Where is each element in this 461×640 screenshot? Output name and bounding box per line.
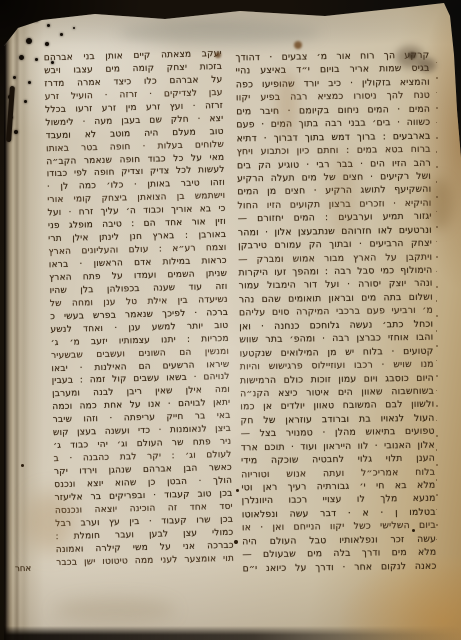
stain [276,70,298,140]
worm-hole [26,38,32,44]
pricking-dot [436,524,438,526]
stain [215,52,221,58]
pricking-dot [436,315,438,317]
pricking-dot [436,286,438,288]
pricking-dot [436,405,438,407]
stain [26,492,74,552]
pricking-dot [436,151,437,152]
worm-hole [51,61,54,64]
worm-hole [13,76,16,79]
pricking-dot [436,300,437,301]
stain [294,41,302,49]
manuscript-page: קרקע הך רוח אור מ׳ צבעים · דהודךבגיס שמו… [0,0,461,640]
pricking-dot [436,464,438,466]
stain [428,178,452,230]
pricking-dot [436,375,438,377]
pricking-dot [436,539,437,540]
pricking-dot [436,122,437,123]
pricking-dot [436,92,437,93]
worm-hole [60,33,63,36]
worm-hole [19,55,24,60]
edge-crack [6,86,15,142]
pricking-dot [436,330,437,331]
margin-dot [236,489,239,492]
worm-hole [35,58,38,61]
worm-hole [28,81,31,84]
margin-dot [234,540,238,544]
stain [408,52,416,59]
worm-hole [14,130,18,134]
worm-hole [73,27,75,29]
margin-dot [412,529,415,532]
pricking-dot [436,420,437,421]
stain [55,598,175,622]
stain [200,330,260,450]
stain [418,58,436,72]
worm-hole [11,24,16,29]
pricking-dot [436,345,438,347]
text-column-right: קרקע הך רוח אור מ׳ צבעים · דהודךבגיס שמו… [235,50,436,577]
pricking-dot [436,360,437,361]
stain [120,22,320,44]
pricking-dot [436,509,437,510]
pricking-dot [436,494,438,496]
pricking-dot [436,271,437,272]
pricking-dot [436,166,438,168]
pricking-dot [436,137,438,139]
pricking-dot [436,107,438,109]
pricking-dot [436,226,438,228]
pricking-dot [436,241,437,242]
pricking-dot [436,390,437,391]
pricking-dot [436,435,438,437]
photo-background: קרקע הך רוח אור מ׳ צבעים · דהודךבגיס שמו… [0,0,461,640]
worm-hole [24,100,27,103]
catchword: אחר [15,564,32,575]
worm-hole [47,24,50,27]
worm-hole [45,42,49,46]
worm-hole [33,16,39,22]
pricking-dot [436,77,438,79]
pricking-dot [436,479,437,480]
stain [330,150,356,240]
bottom-table-edge [0,626,461,640]
text-column-left: יעקב מצאתה קיים אותן בני אברהםבזכות יצחק… [44,49,235,571]
pricking-dot [436,449,437,450]
pricking-dot [436,62,437,63]
text-line: כאנה לנקום אחר · ודרך על כיואנ י״ם [242,560,436,576]
pricking-dot [436,256,438,258]
margin-dot [21,464,24,467]
